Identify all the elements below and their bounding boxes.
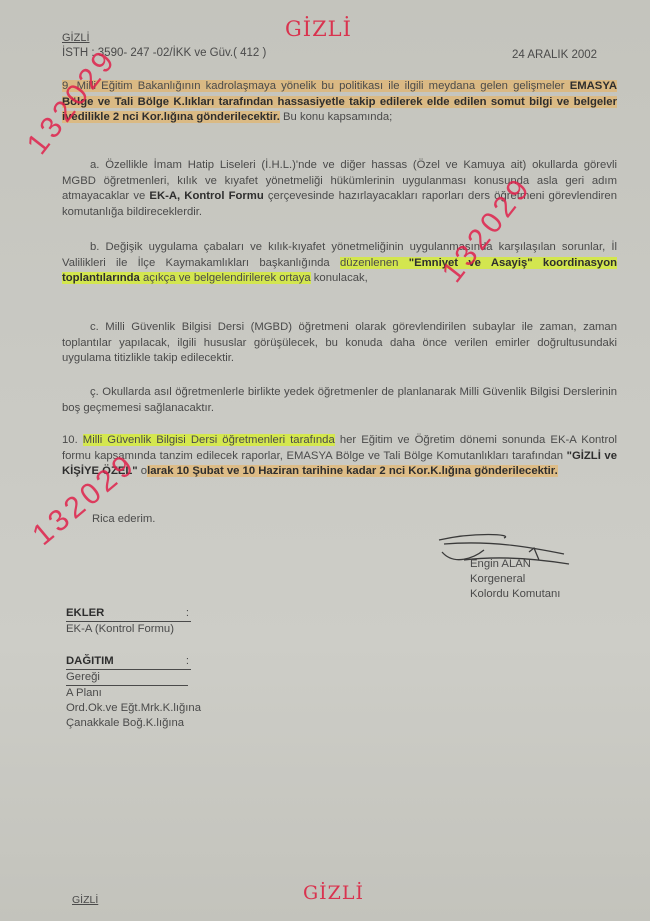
distribution-colon: : (186, 654, 189, 669)
distribution-section: DAĞITIM : Gereği A Planı Ord.Ok.ve Eğt.M… (66, 654, 191, 731)
closing-text: Rica ederim. (92, 512, 155, 528)
para10-highlight-2: larak 10 Şubat ve 10 Haziran tarihine ka… (147, 465, 558, 477)
classification-bottom: GİZLİ (72, 893, 98, 909)
classification-top: GİZLİ (62, 31, 90, 47)
distribution-item: Çanakkale Boğ.K.lığına (66, 716, 191, 731)
distribution-subheading: Gereği (66, 670, 188, 686)
attachments-section: EKLER : EK-A (Kontrol Formu) (66, 606, 191, 638)
para10-number: 10. (62, 434, 83, 446)
red-stamp-bottom: GİZLİ (303, 886, 364, 902)
para9-text-end: Bu konu kapsamında; (280, 111, 392, 123)
red-stamp-top: GİZLİ (285, 22, 352, 38)
document-date: 24 ARALIK 2002 (512, 48, 597, 64)
para9-text: 9. Milli Eğitim Bakanlığının kadrolaşmay… (62, 80, 570, 92)
para9b-text-end: konulacak, (311, 272, 368, 284)
paragraph-9: 9. Milli Eğitim Bakanlığının kadrolaşmay… (62, 79, 617, 126)
paragraph-9b: b. Değişik uygulama çabaları ve kılık-kı… (62, 240, 617, 287)
document-page: GİZLİ GİZLİ İSTH : 3590- 247 -02/İKK ve … (0, 0, 650, 921)
paragraph-9cc: ç. Okullarda asıl öğretmenlerle birlikte… (62, 385, 617, 416)
paragraph-10: 10. Milli Güvenlik Bilgisi Dersi öğretme… (62, 433, 617, 480)
para9b-highlight-2: açıkça ve belgelendirilerek ortaya (140, 272, 311, 284)
distribution-item: Ord.Ok.ve Eğt.Mrk.K.lığına (66, 701, 191, 716)
paragraph-9c: c. Milli Güvenlik Bilgisi Dersi (MGBD) ö… (62, 320, 617, 367)
distribution-item: A Planı (66, 686, 191, 701)
distribution-heading: DAĞITIM (66, 655, 114, 667)
attachments-heading: EKLER (66, 607, 104, 619)
attachments-colon: : (186, 606, 189, 622)
para10-highlight: Milli Güvenlik Bilgisi Dersi öğretmenler… (83, 434, 335, 446)
signatory-title: Kolordu Komutanı (470, 587, 560, 602)
signatory-rank: Korgeneral (470, 572, 560, 587)
signatory-name: Engin ALAN (470, 557, 560, 572)
para9b-highlight: düzenlenen (340, 257, 409, 269)
para9a-bold: EK-A, Kontrol Formu (149, 190, 263, 202)
attachment-item: EK-A (Kontrol Formu) (66, 622, 191, 638)
